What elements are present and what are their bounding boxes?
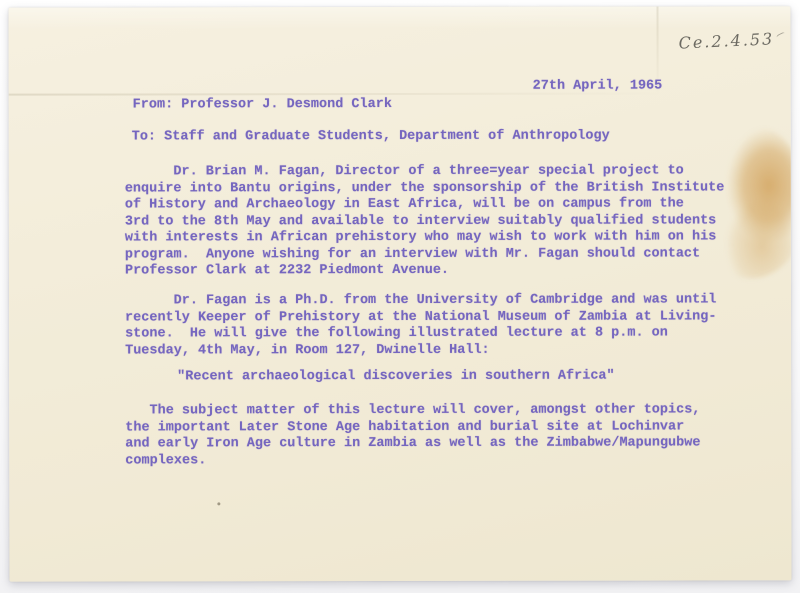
- paragraph-lecture-subject: The subject matter of this lecture will …: [125, 402, 700, 469]
- pencil-tick-mark: [776, 32, 786, 41]
- memo-page: Ce.2.4.53 27th April, 1965 From: Profess…: [8, 6, 791, 581]
- paragraph-visit-announcement: Dr. Brian M. Fagan, Director of a three=…: [125, 163, 725, 280]
- ink-speck: [217, 502, 220, 505]
- from-line: From: Professor J. Desmond Clark: [133, 97, 392, 114]
- to-line: To: Staff and Graduate Students, Departm…: [132, 129, 610, 146]
- archive-number-annotation: Ce.2.4.53: [678, 29, 774, 52]
- date-line: 27th April, 1965: [533, 79, 663, 96]
- lecture-title: "Recent archaeological discoveries in so…: [177, 369, 615, 386]
- scan-background: Ce.2.4.53 27th April, 1965 From: Profess…: [0, 0, 800, 593]
- paragraph-biography: Dr. Fagan is a Ph.D. from the University…: [125, 292, 717, 359]
